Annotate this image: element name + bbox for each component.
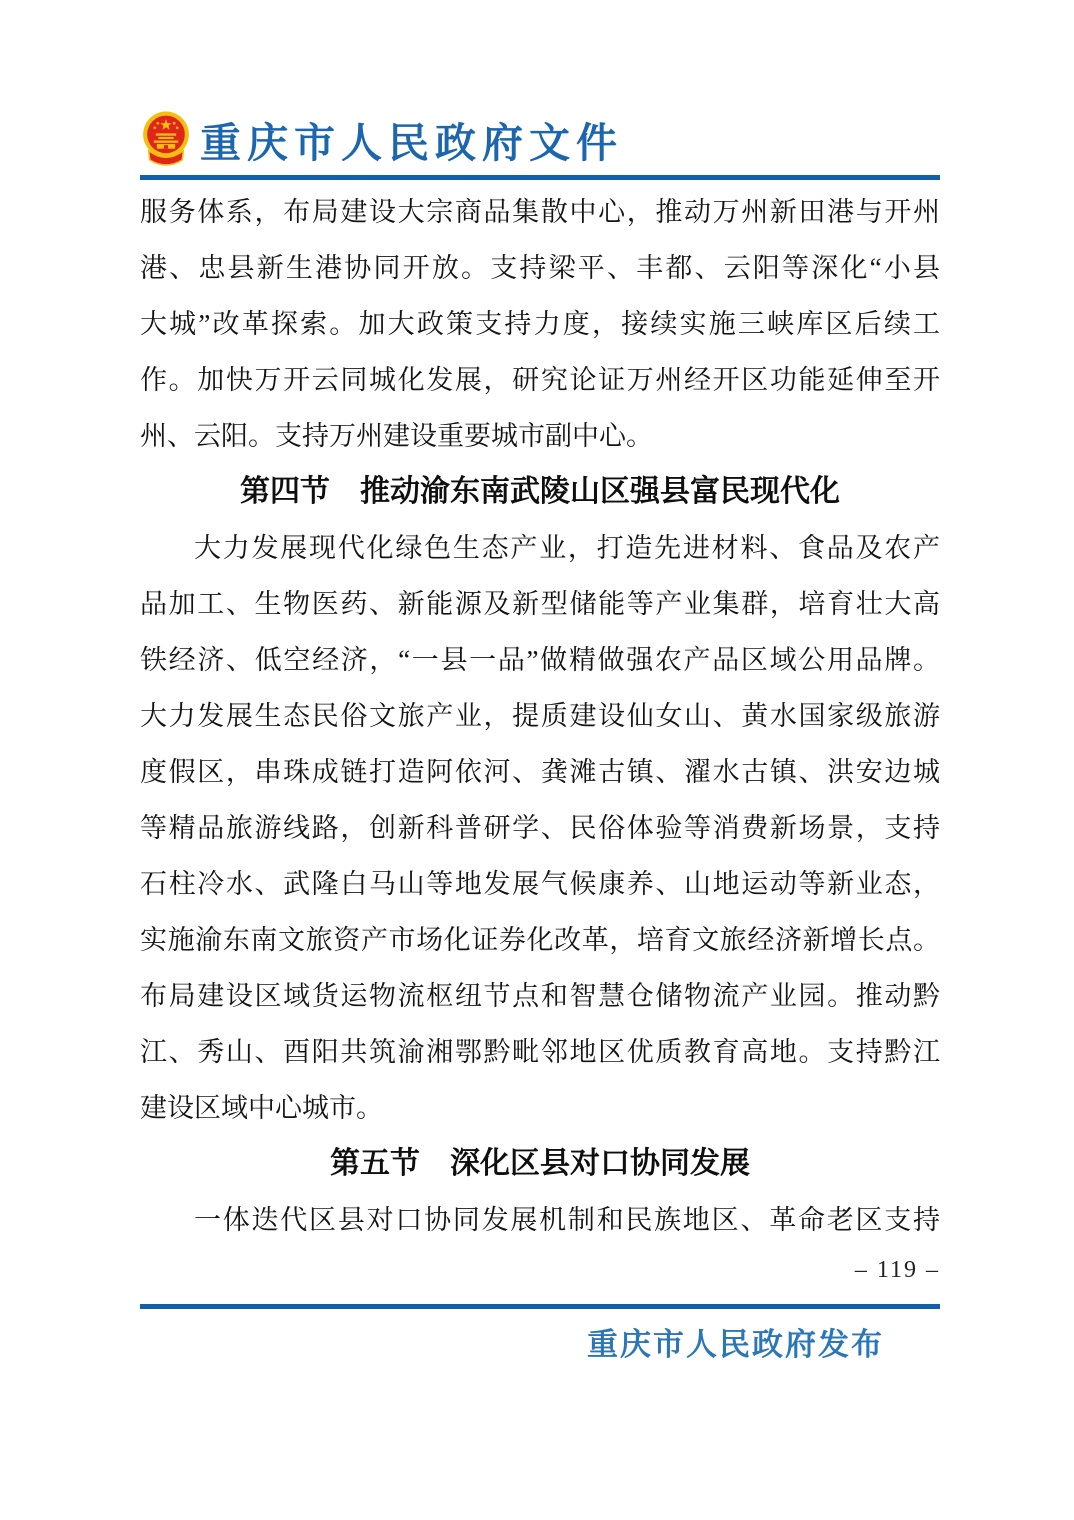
header-rule: [140, 175, 940, 180]
publisher-label: 重庆市人民政府发布: [140, 1323, 940, 1367]
body-line: 大城”改革探索。加大政策支持力度，接续实施三峡库区后续工: [140, 296, 940, 352]
document-header: 重庆市人民政府文件: [140, 110, 940, 168]
document-content: 重庆市人民政府文件 服务体系，布局建设大宗商品集散中心，推动万州新田港与开州 港…: [140, 0, 940, 1367]
document-page: 重庆市人民政府文件 服务体系，布局建设大宗商品集散中心，推动万州新田港与开州 港…: [0, 0, 1074, 1520]
body-line: 布局建设区域货运物流枢纽节点和智慧仓储物流产业园。推动黔: [140, 968, 940, 1024]
body-line: 一体迭代区县对口协同发展机制和民族地区、革命老区支持: [140, 1192, 940, 1248]
body-line: 大力发展现代化绿色生态产业，打造先进材料、食品及农产: [140, 520, 940, 576]
document-body: 服务体系，布局建设大宗商品集散中心，推动万州新田港与开州 港、忠县新生港协同开放…: [140, 184, 940, 1248]
body-line: 港、忠县新生港协同开放。支持梁平、丰都、云阳等深化“小县: [140, 240, 940, 296]
body-line: 作。加快万开云同城化发展，研究论证万州经开区功能延伸至开: [140, 352, 940, 408]
body-line: 服务体系，布局建设大宗商品集散中心，推动万州新田港与开州: [140, 184, 940, 240]
body-line: 州、云阳。支持万州建设重要城市副中心。: [140, 408, 940, 464]
body-line: 实施渝东南文旅资产市场化证券化改革，培育文旅经济新增长点。: [140, 912, 940, 968]
body-line: 等精品旅游线路，创新科普研学、民俗体验等消费新场景，支持: [140, 800, 940, 856]
national-emblem-icon: [140, 111, 192, 168]
body-line: 铁经济、低空经济，“一县一品”做精做强农产品区域公用品牌。: [140, 632, 940, 688]
body-line: 石柱冷水、武隆白马山等地发展气候康养、山地运动等新业态，: [140, 856, 940, 912]
body-line: 品加工、生物医药、新能源及新型储能等产业集群，培育壮大高: [140, 576, 940, 632]
body-line: 建设区域中心城市。: [140, 1080, 940, 1136]
document-title: 重庆市人民政府文件: [200, 110, 623, 169]
section-heading-5: 第五节 深化区县对口协同发展: [140, 1136, 940, 1192]
body-line: 大力发展生态民俗文旅产业，提质建设仙女山、黄水国家级旅游: [140, 688, 940, 744]
body-line: 度假区，串珠成链打造阿依河、龚滩古镇、濯水古镇、洪安边城: [140, 744, 940, 800]
body-line: 江、秀山、酉阳共筑渝湘鄂黔毗邻地区优质教育高地。支持黔江: [140, 1024, 940, 1080]
section-heading-4: 第四节 推动渝东南武陵山区强县富民现代化: [140, 464, 940, 520]
footer-rule: [140, 1304, 940, 1309]
page-number: – 119 –: [140, 1248, 940, 1292]
